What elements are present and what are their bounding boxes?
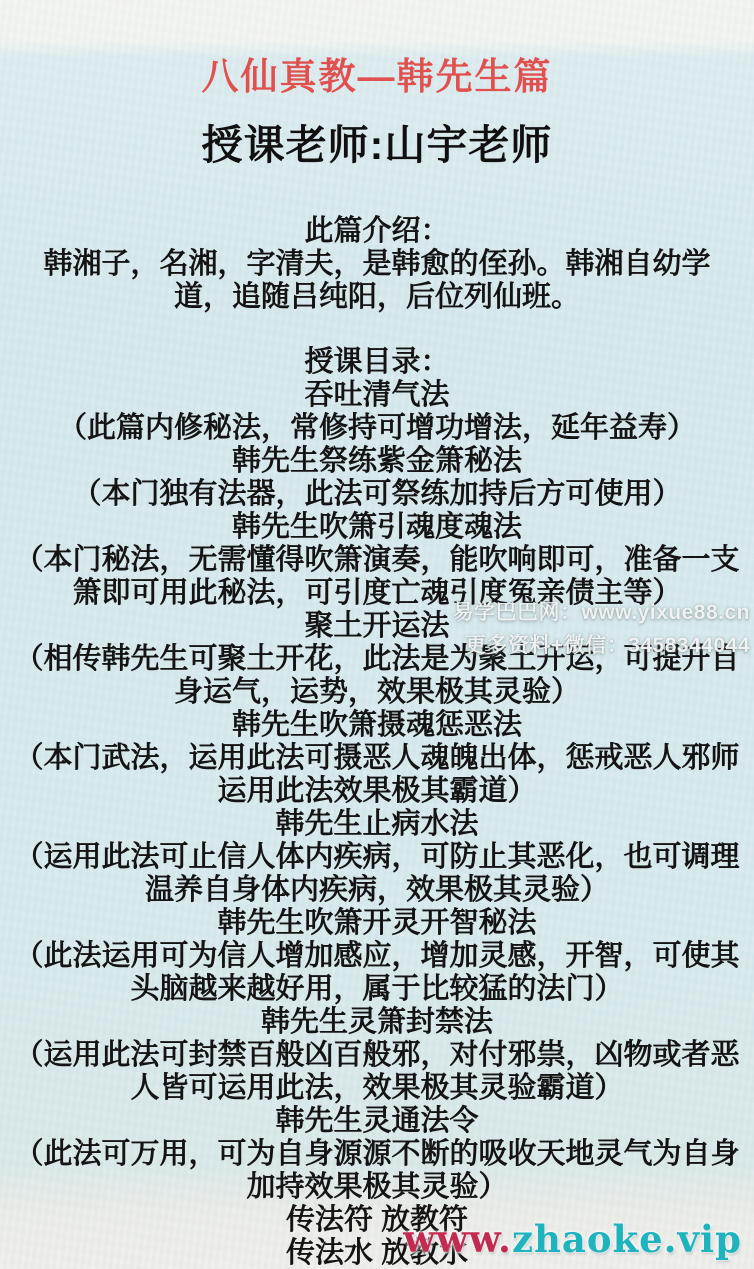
catalog-entry-name: 韩先生灵通法令: [8, 1105, 746, 1138]
zhaoke-watermark: www.zhaoke.vip: [403, 1217, 742, 1261]
catalog-entry-name: 韩先生止病水法: [8, 808, 746, 841]
yixue-watermark-line2: 更多资料+微信：3458344044: [453, 629, 750, 662]
catalog-entry-name: 韩先生吹箫开灵开智秘法: [8, 907, 746, 940]
teacher-line: 授课老师:山宇老师: [0, 112, 754, 171]
zhaoke-watermark-domain: zhaoke.vip: [512, 1217, 742, 1261]
zhaoke-watermark-www: www.: [403, 1217, 512, 1261]
catalog-entry-note: （此法可万用，可为自身源源不断的吸收天地灵气为自身加持效果极其灵验）: [8, 1138, 746, 1204]
catalog-entry-note: （此篇内修秘法，常修持可增功增法，延年益寿）: [8, 412, 746, 445]
catalog-entry-name: 吞吐清气法: [8, 379, 746, 412]
catalog-entry-note: （本门独有法器，此法可祭练加持后方可使用）: [8, 478, 746, 511]
catalog-entry-name: 韩先生吹箫摄魂惩恶法: [8, 709, 746, 742]
yixue-watermark-line1: 易学巴巴网：www.yixue88.cn: [453, 596, 750, 629]
catalog-entry-name: 韩先生祭练紫金箫秘法: [8, 445, 746, 478]
catalog-list: 吞吐清气法（此篇内修秘法，常修持可增功增法，延年益寿）韩先生祭练紫金箫秘法（本门…: [0, 379, 754, 1269]
intro-heading: 此篇介绍：: [0, 215, 754, 248]
yixue-watermark: 易学巴巴网：www.yixue88.cn 更多资料+微信：3458344044: [453, 596, 750, 662]
catalog-entry-note: （运用此法可封禁百般凶百般邪，对付邪祟，凶物或者恶人皆可运用此法，效果极其灵验霸…: [8, 1039, 746, 1105]
catalog-entry-note: （本门武法，运用此法可摄恶人魂魄出体，惩戒恶人邪师运用此法效果极其霸道）: [8, 742, 746, 808]
page-title: 八仙真教—韩先生篇: [0, 0, 754, 100]
catalog-entry-note: （此法运用可为信人增加感应，增加灵感，开智，可使其头脑越来越好用，属于比较猛的法…: [8, 940, 746, 1006]
intro-text: 韩湘子，名湘，字清夫，是韩愈的侄孙。韩湘自幼学道，追随吕纯阳，后位列仙班。: [0, 248, 754, 314]
catalog-entry-note: （运用此法可止信人体内疾病，可防止其恶化，也可调理温养自身体内疾病，效果极其灵验…: [8, 841, 746, 907]
poster: 八仙真教—韩先生篇 授课老师:山宇老师 此篇介绍： 韩湘子，名湘，字清夫，是韩愈…: [0, 0, 754, 1269]
catalog-entry-name: 韩先生吹箫引魂度魂法: [8, 511, 746, 544]
catalog-heading: 授课目录：: [0, 346, 754, 379]
catalog-entry-name: 韩先生灵箫封禁法: [8, 1006, 746, 1039]
